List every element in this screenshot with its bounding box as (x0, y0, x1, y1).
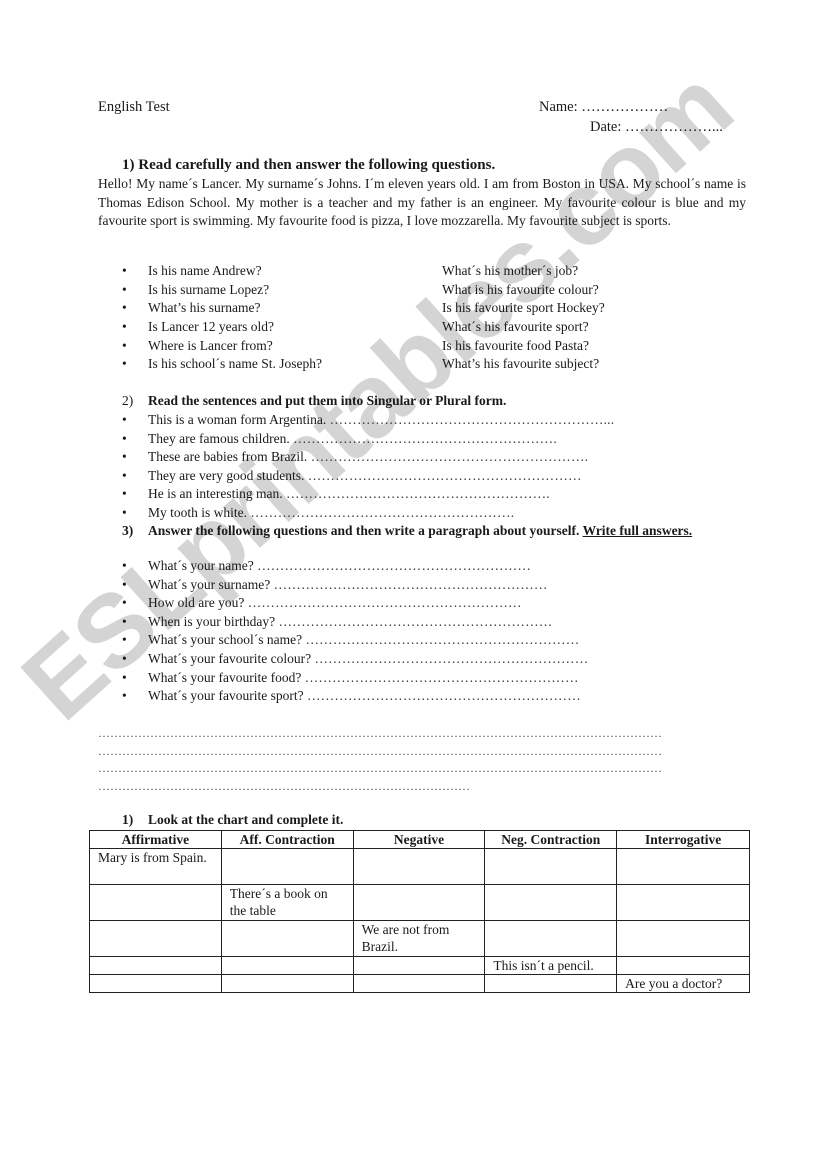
table-cell[interactable] (221, 921, 353, 957)
header-negative: Negative (353, 831, 485, 849)
answer-blank[interactable]: …………………………………………………. (286, 486, 550, 501)
writing-line[interactable]: …………………………………………………………………………………………………………… (98, 760, 662, 778)
table-cell[interactable] (221, 849, 353, 885)
question-text: What´s your favourite food? (148, 670, 301, 685)
table-cell[interactable] (485, 975, 617, 993)
table-cell: Are you a doctor? (617, 975, 750, 993)
table-cell[interactable] (485, 849, 617, 885)
answer-blank[interactable]: …………………………………………………… (248, 595, 522, 610)
bullet-icon: • (122, 337, 148, 356)
question-text: What’s his surname? (148, 300, 260, 315)
question-text: What´s your favourite colour? (148, 651, 311, 666)
answer-blank[interactable]: …………………………………………………. (250, 505, 514, 520)
bullet-icon: • (122, 467, 148, 486)
list-item: What´s his favourite sport? (442, 318, 605, 337)
bullet-icon: • (122, 411, 148, 430)
section-title-text: Look at the chart and complete it. (148, 812, 343, 827)
sentence: This is a woman form Argentina. (148, 412, 326, 427)
list-item: •What´s your favourite food? ……………………………… (122, 669, 588, 688)
bullet-icon: • (122, 650, 148, 669)
reading-paragraph: Hello! My name´s Lancer. My surname´s Jo… (98, 175, 746, 231)
list-item: •What´s your favourite colour? ………………………… (122, 650, 588, 669)
answer-blank[interactable]: …………………………………………………… (308, 468, 582, 483)
table-cell: Mary is from Spain. (90, 849, 222, 885)
question-text: When is your birthday? (148, 614, 275, 629)
question-text: What´s your name? (148, 558, 254, 573)
bullet-icon: • (122, 687, 148, 706)
table-cell[interactable] (90, 885, 222, 921)
name-field: Name: ……………… (539, 99, 668, 116)
section2-list: •This is a woman form Argentina. …………………… (122, 411, 614, 523)
list-item: •Is his name Andrew? (122, 262, 322, 281)
list-item: •What´s your favourite sport? …………………………… (122, 687, 588, 706)
table-cell[interactable] (617, 921, 750, 957)
section4-title: 1)Look at the chart and complete it. (122, 812, 343, 828)
table-cell[interactable] (221, 957, 353, 975)
section-number: 3) (122, 522, 148, 540)
table-row: This isn´t a pencil. (90, 957, 750, 975)
bullet-icon: • (122, 281, 148, 300)
bullet-icon: • (122, 557, 148, 576)
list-item: What´s his mother´s job? (442, 262, 605, 281)
date-field: Date: ………………... (590, 119, 723, 136)
sentence: He is an interesting man. (148, 486, 283, 501)
bullet-icon: • (122, 318, 148, 337)
table-cell[interactable] (617, 957, 750, 975)
section2-title: 2)Read the sentences and put them into S… (122, 393, 506, 409)
table-cell[interactable] (485, 885, 617, 921)
test-title: English Test (98, 99, 170, 116)
section-title-text: Read the sentences and put them into Sin… (148, 393, 506, 408)
sentence: These are babies from Brazil. (148, 449, 307, 464)
section1-title: 1) Read carefully and then answer the fo… (122, 157, 495, 174)
table-cell[interactable] (617, 885, 750, 921)
question-text: Is his school´s name St. Joseph? (148, 356, 322, 371)
list-item: •Is his school´s name St. Joseph? (122, 355, 322, 374)
table-row: Mary is from Spain. (90, 849, 750, 885)
sentence: My tooth is white. (148, 505, 247, 520)
section-number: 1) (122, 812, 148, 828)
table-cell[interactable] (353, 957, 485, 975)
bullet-icon: • (122, 485, 148, 504)
list-item: •They are very good students. …………………………… (122, 467, 614, 486)
bullet-icon: • (122, 594, 148, 613)
table-cell[interactable] (90, 921, 222, 957)
header-interrogative: Interrogative (617, 831, 750, 849)
question-text: What´s your favourite sport? (148, 688, 304, 703)
bullet-icon: • (122, 504, 148, 523)
answer-blank[interactable]: …………………………………………………… (278, 614, 552, 629)
table-row: There´s a book on the table (90, 885, 750, 921)
answer-blank[interactable]: …………………………………………………… (314, 651, 588, 666)
questions-left-list: •Is his name Andrew? •Is his surname Lop… (122, 262, 322, 374)
answer-blank[interactable]: …………………………………………………… (305, 670, 579, 685)
bullet-icon: • (122, 299, 148, 318)
list-item: •My tooth is white. …………………………………………………. (122, 504, 614, 523)
sentence: They are famous children. (148, 431, 290, 446)
question-text: How old are you? (148, 595, 244, 610)
list-item: Is his favourite food Pasta? (442, 337, 605, 356)
question-text: What´s your school´s name? (148, 632, 302, 647)
list-item: •What´s your name? …………………………………………………… (122, 557, 588, 576)
list-item: What is his favourite colour? (442, 281, 605, 300)
answer-blank[interactable]: …………………………………………………. (293, 431, 557, 446)
section-title-emphasis: Write full answers. (583, 523, 693, 538)
list-item: •What´s your school´s name? ………………………………… (122, 631, 588, 650)
question-text: What´s your surname? (148, 577, 270, 592)
list-item: Is his favourite sport Hockey? (442, 299, 605, 318)
answer-blank[interactable]: …………………………………………………… (305, 632, 579, 647)
sentence: They are very good students. (148, 468, 304, 483)
bullet-icon: • (122, 355, 148, 374)
table-cell[interactable] (353, 885, 485, 921)
list-item: •What´s your surname? ………………………………………………… (122, 576, 588, 595)
question-text: Where is Lancer from? (148, 338, 273, 353)
writing-line[interactable]: ………………………………………………………………………………… (98, 778, 662, 796)
table-row: We are not from Brazil. (90, 921, 750, 957)
answer-blank[interactable]: …………………………………………………… (307, 688, 581, 703)
section3-title: 3)Answer the following questions and the… (122, 522, 722, 540)
chart-header-row: Affirmative Aff. Contraction Negative Ne… (90, 831, 750, 849)
question-text: Is his name Andrew? (148, 263, 262, 278)
header-affirmative: Affirmative (90, 831, 222, 849)
list-item: •They are famous children. …………………………………… (122, 430, 614, 449)
table-cell[interactable] (353, 849, 485, 885)
table-cell: There´s a book on the table (221, 885, 353, 921)
list-item: •He is an interesting man. …………………………………… (122, 485, 614, 504)
question-text: Is his surname Lopez? (148, 282, 269, 297)
bullet-icon: • (122, 631, 148, 650)
table-cell[interactable] (485, 921, 617, 957)
list-item: •What’s his surname? (122, 299, 322, 318)
section-number: 2) (122, 393, 148, 409)
bullet-icon: • (122, 448, 148, 467)
list-item: •Is Lancer 12 years old? (122, 318, 322, 337)
list-item: •Is his surname Lopez? (122, 281, 322, 300)
list-item: What’s his favourite subject? (442, 355, 605, 374)
questions-right-list: What´s his mother´s job? What is his fav… (442, 262, 605, 374)
paragraph-writing-area[interactable]: …………………………………………………………………………………………………………… (98, 725, 662, 795)
bullet-icon: • (122, 262, 148, 281)
table-cell[interactable] (617, 849, 750, 885)
table-cell: This isn´t a pencil. (485, 957, 617, 975)
table-cell: We are not from Brazil. (353, 921, 485, 957)
bullet-icon: • (122, 576, 148, 595)
grammar-chart: Affirmative Aff. Contraction Negative Ne… (89, 830, 750, 993)
table-cell[interactable] (90, 975, 222, 993)
table-cell[interactable] (90, 957, 222, 975)
bullet-icon: • (122, 613, 148, 632)
answer-blank[interactable]: …………………………………………………… (274, 577, 548, 592)
bullet-icon: • (122, 430, 148, 449)
list-item: •When is your birthday? …………………………………………… (122, 613, 588, 632)
table-cell[interactable] (353, 975, 485, 993)
list-item: •This is a woman form Argentina. …………………… (122, 411, 614, 430)
table-row: Are you a doctor? (90, 975, 750, 993)
list-item: •These are babies from Brazil. ………………………… (122, 448, 614, 467)
answer-blank[interactable]: ……………………………………………………... (330, 412, 615, 427)
list-item: •Where is Lancer from? (122, 337, 322, 356)
list-item: •How old are you? …………………………………………………… (122, 594, 588, 613)
header-neg-contraction: Neg. Contraction (485, 831, 617, 849)
table-cell[interactable] (221, 975, 353, 993)
question-text: Is Lancer 12 years old? (148, 319, 274, 334)
header-aff-contraction: Aff. Contraction (221, 831, 353, 849)
writing-line[interactable]: …………………………………………………………………………………………………………… (98, 743, 662, 761)
writing-line[interactable]: …………………………………………………………………………………………………………… (98, 725, 662, 743)
bullet-icon: • (122, 669, 148, 688)
answer-blank[interactable]: …………………………………………………… (257, 558, 531, 573)
section3-list: •What´s your name? …………………………………………………… … (122, 557, 588, 706)
answer-blank[interactable]: ……………………………………………………. (311, 449, 589, 464)
section-title-text: Answer the following questions and then … (148, 523, 579, 538)
